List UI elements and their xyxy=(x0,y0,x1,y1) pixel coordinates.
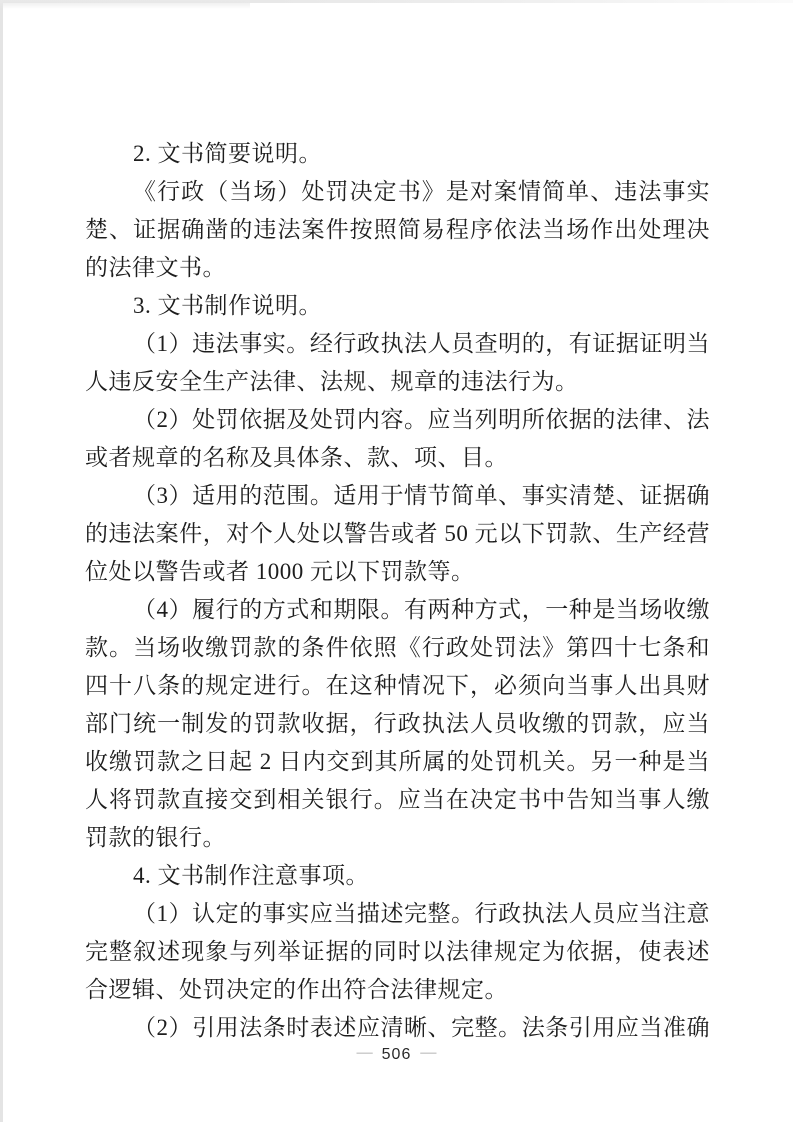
text-line: 部门统一制发的罚款收据，行政执法人员收缴的罚款，应当自 xyxy=(85,705,710,743)
text-line: 楚、证据确凿的违法案件按照简易程序依法当场作出处理决定 xyxy=(85,211,710,249)
text-line: 人违反安全生产法律、法规、规章的违法行为。 xyxy=(85,363,710,401)
text-line: 位处以警告或者 1000 元以下罚款等。 xyxy=(85,553,710,591)
text-line: （1）违法事实。经行政执法人员查明的，有证据证明当事 xyxy=(85,325,710,363)
text-line: 的法律文书。 xyxy=(85,249,710,287)
text-line: 罚款的银行。 xyxy=(85,819,710,857)
text-line: 款。当场收缴罚款的条件依照《行政处罚法》第四十七条和第 xyxy=(85,629,710,667)
text-line: 完整叙述现象与列举证据的同时以法律规定为依据，使表述符 xyxy=(85,933,710,971)
text-line: 人将罚款直接交到相关银行。应当在决定书中告知当事人缴纳 xyxy=(85,781,710,819)
text-line: （4）履行的方式和期限。有两种方式，一种是当场收缴罚 xyxy=(85,591,710,629)
text-line: 《行政（当场）处罚决定书》是对案情简单、违法事实清 xyxy=(85,173,710,211)
text-line: （2）处罚依据及处罚内容。应当列明所依据的法律、法规 xyxy=(85,401,710,439)
text-line: 四十八条的规定进行。在这种情况下，必须向当事人出具财政 xyxy=(85,667,710,705)
document-page: 2. 文书简要说明。《行政（当场）处罚决定书》是对案情简单、违法事实清楚、证据确… xyxy=(0,0,793,1122)
text-line: 3. 文书制作说明。 xyxy=(85,287,710,325)
footer-dash-right: — xyxy=(420,1044,436,1061)
footer-dash-left: — xyxy=(357,1044,373,1061)
scan-corner-shade xyxy=(0,0,250,9)
page-footer: —506— xyxy=(0,1042,793,1067)
text-line: 的违法案件，对个人处以警告或者 50 元以下罚款、生产经营单 xyxy=(85,515,710,553)
document-text-block: 2. 文书简要说明。《行政（当场）处罚决定书》是对案情简单、违法事实清楚、证据确… xyxy=(85,135,710,1047)
page-number: 506 xyxy=(382,1046,412,1063)
text-line: 收缴罚款之日起 2 日内交到其所属的处罚机关。另一种是当事 xyxy=(85,743,710,781)
text-line: 合逻辑、处罚决定的作出符合法律规定。 xyxy=(85,971,710,1009)
scan-edge-left xyxy=(0,0,3,1122)
text-line: （1）认定的事实应当描述完整。行政执法人员应当注意在 xyxy=(85,895,710,933)
text-line: 或者规章的名称及具体条、款、项、目。 xyxy=(85,439,710,477)
text-line: 2. 文书简要说明。 xyxy=(85,135,710,173)
text-line: 4. 文书制作注意事项。 xyxy=(85,857,710,895)
text-line: （3）适用的范围。适用于情节简单、事实清楚、证据确凿 xyxy=(85,477,710,515)
